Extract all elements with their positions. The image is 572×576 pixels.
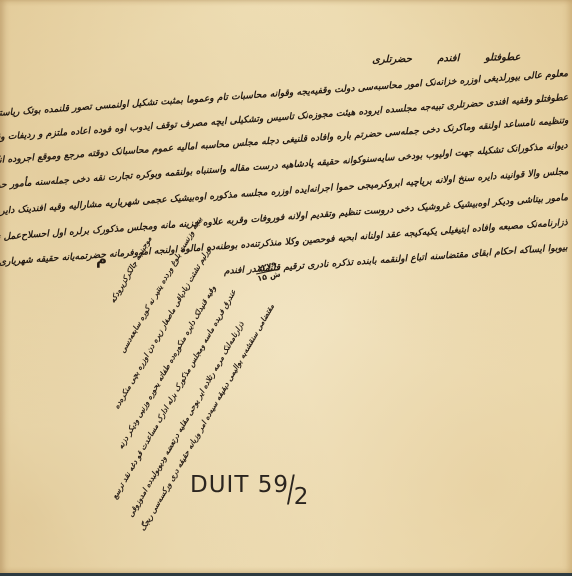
archive-reference-number: DUIT 59/2 [190,472,309,498]
document-header-salutation: عطوفتلو افندم حضرتلری [372,52,521,66]
archive-numerator: 59 [258,472,289,498]
archive-denominator: 2 [294,484,310,510]
diagonal-margin-note: موجبنجه جالکرکزیرودکه بیجه وزنست بلوغ ور… [18,300,218,540]
archive-prefix: DUIT [190,472,249,498]
date-seal: ۱۲۷۹ ۱۵ ش [254,260,281,283]
scanned-document-page: عطوفتلو افندم حضرتلری معلوم عالی بیورلدی… [0,0,572,573]
margin-note-line-1: موجبنجه جالکرکزیرودکه [108,235,154,305]
section-mark: م [96,250,107,268]
